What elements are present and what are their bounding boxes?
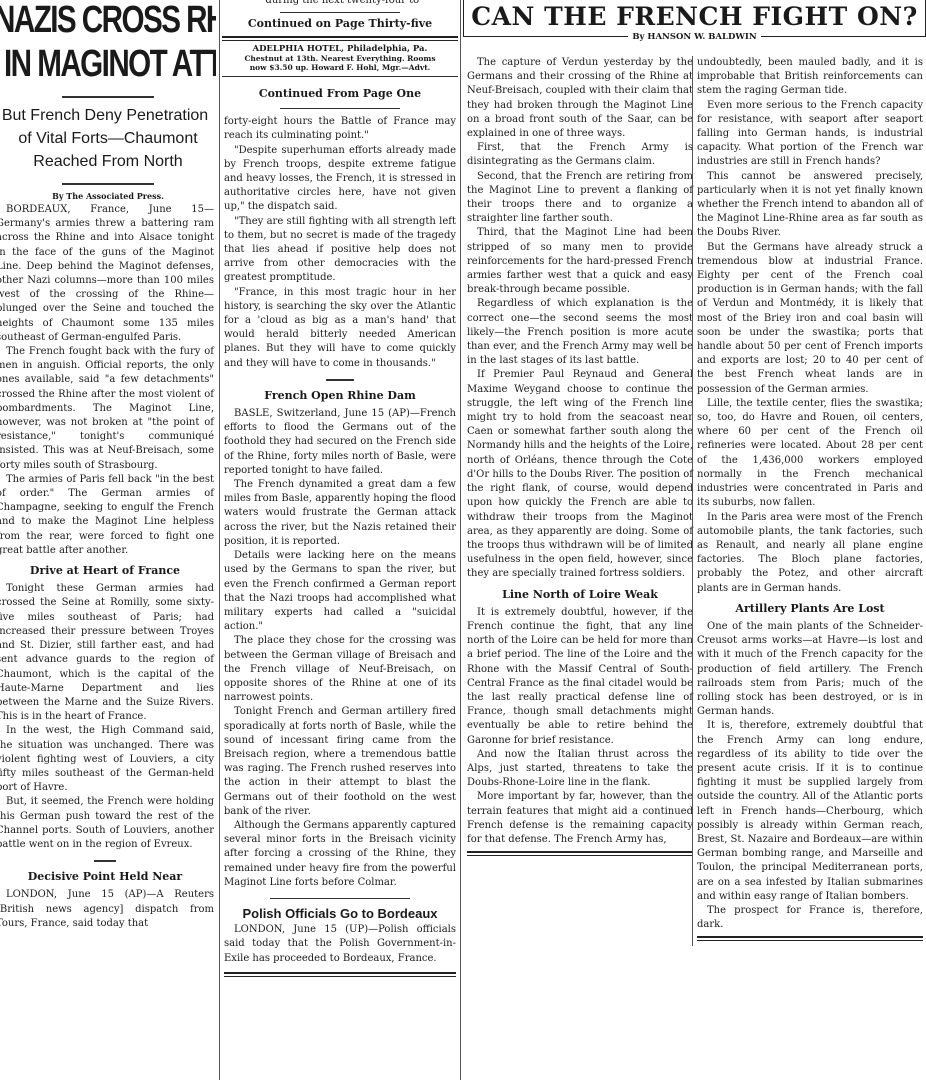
column-rule-1 [219, 0, 220, 1080]
subhead: Drive at Heart of France [0, 564, 214, 578]
paragraph: And now the Italian thrust across the Al… [467, 748, 693, 791]
deck-line-1: But French Deny Penetration [0, 104, 216, 127]
paragraph: Tonight these German armies had crossed … [0, 582, 214, 724]
subhead: Decisive Point Held Near [0, 870, 214, 884]
polish-headline: Polish Officials Go to Bordeaux [224, 907, 456, 921]
paragraph: "France, in this most tragic hour in her… [224, 286, 456, 371]
paragraph: More important by far, however, than the… [467, 790, 693, 847]
double-rule [467, 851, 693, 856]
paragraph: The French fought back with the fury of … [0, 345, 214, 473]
divider [222, 76, 458, 77]
headline-line-2: IN MAGINOT ATTACK [4, 42, 169, 86]
divider [62, 96, 154, 98]
paragraph: But the Germans have already struck a tr… [697, 241, 923, 397]
ad-line: now $3.50 up. Howard F. Hohl, Mgr.—Advt. [222, 63, 458, 72]
divider [280, 108, 400, 109]
paragraph: It is, therefore, extremely doubtful tha… [697, 719, 923, 904]
continued-from-jump: Continued From Page One [222, 87, 458, 100]
left-column-article: NAZIS CROSS RHINE IN MAGINOT ATTACK But … [0, 0, 216, 1080]
divider [62, 183, 154, 185]
continued-on-jump: Continued on Page Thirty-five [222, 17, 458, 30]
paragraph: Lille, the textile center, flies the swa… [697, 397, 923, 511]
paragraph: Details were lacking here on the means u… [224, 549, 456, 634]
subhead: French Open Rhine Dam [224, 389, 456, 403]
byline-text: By HANSON W. BALDWIN [628, 32, 760, 42]
article-column-b: undoubtedly, been mauled badly, and it i… [695, 56, 925, 941]
double-rule [222, 36, 458, 41]
double-rule [697, 936, 923, 941]
paragraph: BORDEAUX, France, June 15—Germany's armi… [0, 203, 214, 345]
right-article: CAN THE FRENCH FIGHT ON? By HANSON W. BA… [463, 0, 926, 1080]
paragraph: Second, that the French are retiring fro… [467, 170, 693, 227]
paragraph: Tonight French and German artillery fire… [224, 705, 456, 819]
paragraph: Third, that the Maginot Line had been st… [467, 226, 693, 297]
paragraph: The prospect for France is, therefore, d… [697, 904, 923, 932]
credit-line: By The Associated Press. [0, 191, 216, 201]
divider [94, 860, 116, 862]
article-title: CAN THE FRENCH FIGHT ON? [464, 0, 925, 34]
byline: By HANSON W. BALDWIN [463, 32, 926, 42]
paragraph: BASLE, Switzerland, June 15 (AP)—French … [224, 407, 456, 478]
paragraph: The place they chose for the crossing wa… [224, 634, 456, 705]
subhead: Artillery Plants Are Lost [697, 602, 923, 616]
paragraph: But, it seemed, the French were holding … [0, 795, 214, 852]
deck-line-2: of Vital Forts—Chaumont [0, 127, 216, 150]
paragraph: It is extremely doubtful, however, if th… [467, 606, 693, 748]
hotel-advertisement: ADELPHIA HOTEL, Philadelphia, Pa. Chestn… [222, 45, 458, 72]
paragraph: The armies of Paris fell back "in the be… [0, 473, 214, 558]
paragraph: LONDON, June 15 (AP)—A Reuters [British … [0, 888, 214, 931]
article-body: BORDEAUX, France, June 15—Germany's armi… [0, 203, 216, 931]
paragraph: forty-eight hours the Battle of France m… [224, 115, 456, 143]
paragraph: LONDON, June 15 (UP)—Polish officials sa… [224, 923, 456, 966]
paragraph: In the Paris area were most of the Frenc… [697, 511, 923, 596]
middle-column: "during the next twenty-four to Continue… [222, 0, 458, 1080]
paragraph: If Premier Paul Reynaud and General Maxi… [467, 368, 693, 581]
paragraph: "during the next twenty-four to [224, 0, 456, 8]
headline-line-1: NAZIS CROSS RHINE [0, 0, 167, 42]
ad-line: Chestnut at 13th. Nearest Everything. Ro… [222, 54, 458, 63]
double-rule [224, 972, 456, 977]
paragraph: First, that the French Army is disintegr… [467, 141, 693, 169]
paragraph: "They are still fighting with all streng… [224, 215, 456, 286]
deck-line-3: Reached From North [0, 150, 216, 173]
divider [270, 898, 410, 899]
article-column-a: The capture of Verdun yesterday by the G… [465, 56, 695, 856]
paragraph: "Despite superhuman efforts already made… [224, 144, 456, 215]
subhead: Line North of Loire Weak [467, 588, 693, 602]
divider [280, 12, 400, 13]
paragraph: Regardless of which explanation is the c… [467, 297, 693, 368]
divider [326, 379, 354, 381]
ad-line: ADELPHIA HOTEL, Philadelphia, Pa. [222, 45, 458, 54]
paragraph: The capture of Verdun yesterday by the G… [467, 56, 693, 141]
paragraph: One of the main plants of the Schneider-… [697, 620, 923, 719]
paragraph: In the west, the High Command said, the … [0, 724, 214, 795]
paragraph: This cannot be answered precisely, parti… [697, 170, 923, 241]
paragraph: Even more serious to the French capacity… [697, 99, 923, 170]
column-rule-2 [460, 0, 461, 1080]
column-rule-3 [692, 56, 693, 946]
article-body: forty-eight hours the Battle of France m… [222, 115, 458, 977]
paragraph: The French dynamited a great dam a few m… [224, 478, 456, 549]
top-fragment: "during the next twenty-four to [222, 0, 458, 8]
paragraph: Although the Germans apparently captured… [224, 819, 456, 890]
paragraph: undoubtedly, been mauled badly, and it i… [697, 56, 923, 99]
